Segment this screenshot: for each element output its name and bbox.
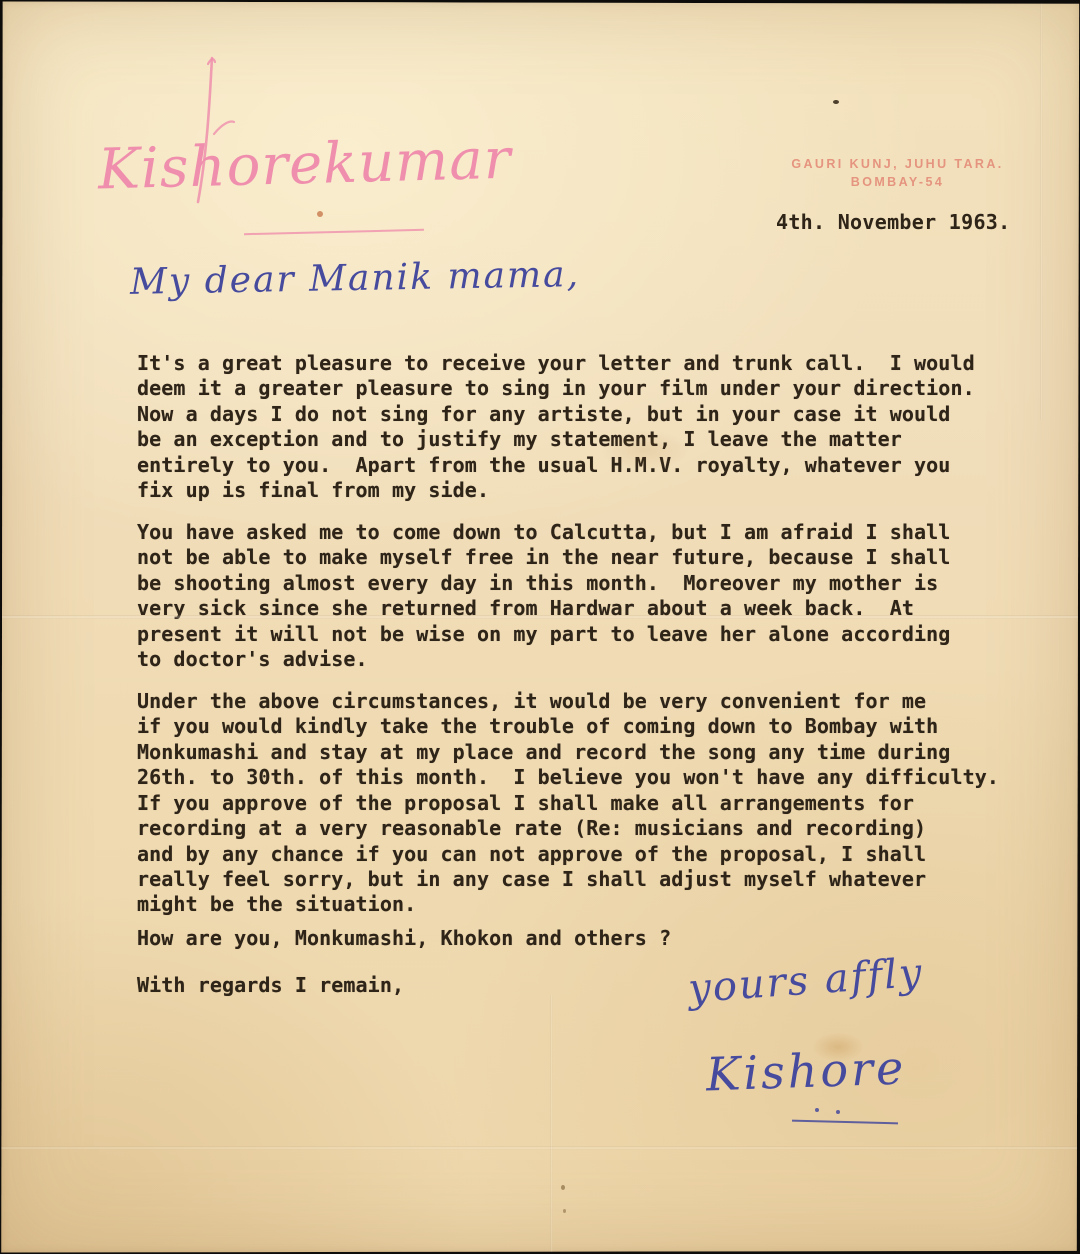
body-paragraph-2: You have asked me to come down to Calcut… (137, 520, 1037, 672)
signature-dot (836, 1110, 840, 1114)
letter-paper: Kishorekumar GAURI KUNJ, JUHU TARA. BOMB… (0, 0, 1080, 1254)
salutation-handwritten: My dear Manik mama, (130, 254, 581, 303)
letterhead-address: GAURI KUNJ, JUHU TARA. BOMBAY-54 (790, 155, 1005, 191)
paper-stain (812, 1032, 864, 1062)
question-line: How are you, Monkumashi, Khokon and othe… (137, 926, 1037, 951)
paper-speck (317, 211, 323, 217)
paper-speck (563, 1209, 566, 1213)
letterhead-script-underline (244, 229, 424, 235)
body-paragraph-3: Under the above circumstances, it would … (137, 689, 1037, 918)
signature-underline (792, 1120, 898, 1125)
body-paragraph-1: It's a great pleasure to receive your le… (137, 351, 1037, 503)
letterhead-script-name: Kishorekumar (97, 127, 519, 203)
signature-name: Kishore (705, 1041, 907, 1102)
paper-stain (600, 430, 690, 470)
ink-speck (833, 100, 839, 104)
letter-body: It's a great pleasure to receive your le… (137, 351, 1037, 1015)
fold-crease-horizontal (0, 1146, 1080, 1150)
address-line-1: GAURI KUNJ, JUHU TARA. (790, 155, 1005, 173)
fold-crease-horizontal (0, 615, 1080, 619)
typed-date: 4th. November 1963. (776, 210, 1010, 234)
fold-crease-vertical (1040, 0, 1043, 420)
paper-speck (561, 1185, 565, 1190)
scanned-letter: Kishorekumar GAURI KUNJ, JUHU TARA. BOMB… (0, 0, 1080, 1254)
fold-crease-vertical (550, 995, 553, 1254)
address-line-2: BOMBAY-54 (790, 173, 1005, 191)
signature-dot (815, 1108, 819, 1112)
